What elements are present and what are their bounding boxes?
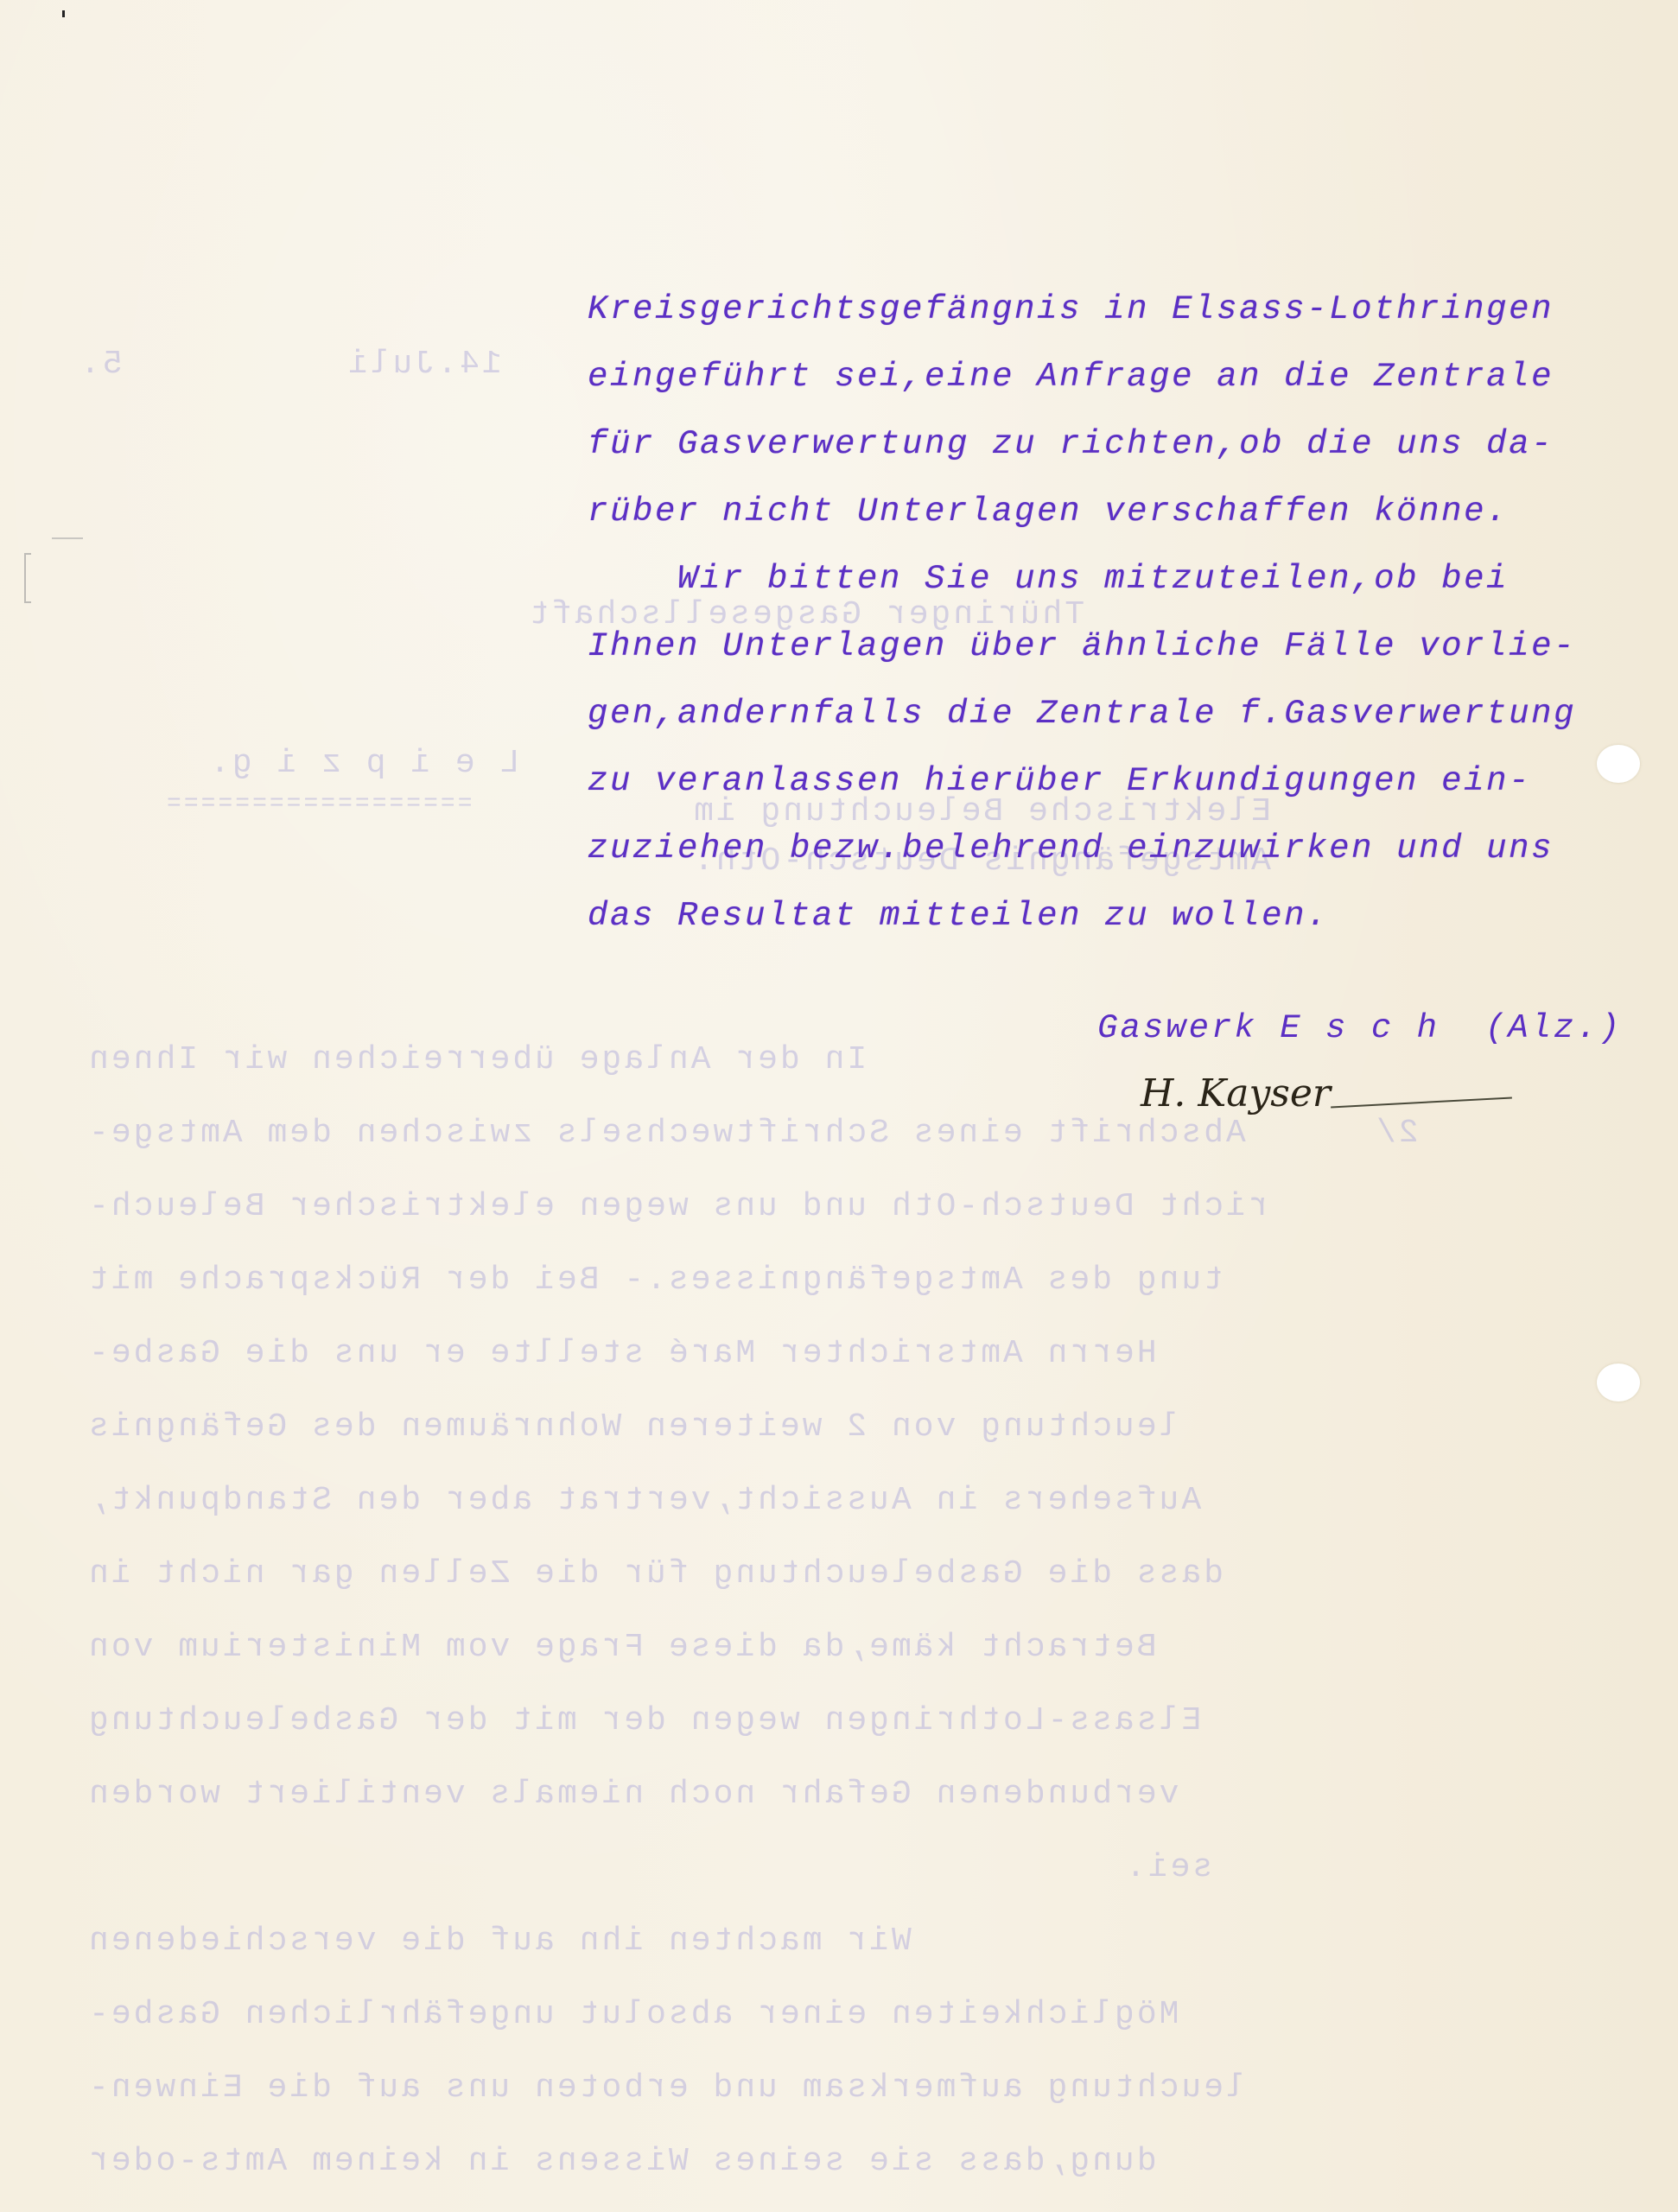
bleed-body-line: dung,dass sie seines Wissens in keinem A… (86, 2143, 1157, 2180)
letter-line: das Resultat mitteilen zu wollen. (588, 897, 1329, 935)
letter-line: Ihnen Unterlagen über ähnliche Fälle vor… (588, 627, 1576, 665)
bleed-body-line: verbundenen Gefahr noch niemals ventilie… (86, 1776, 1179, 1813)
margin-tick (52, 537, 83, 539)
punch-hole (1597, 1363, 1640, 1402)
bleed-body-line: sei. (1123, 1849, 1212, 1886)
bleed-underline: ================== (164, 791, 472, 817)
bleed-body-line: Herrn Amtsrichter Maré stellte er uns di… (86, 1335, 1157, 1372)
bleed-body-line: richt Deutsch-Oth und uns wegen elektris… (86, 1188, 1268, 1225)
letter-line: für Gasverwertung zu richten,ob die uns … (588, 425, 1554, 463)
bleed-header-number: 5. (78, 346, 123, 383)
letter-line: zuziehen bezw.belehrend einzuwirken und … (588, 829, 1554, 868)
bleed-body-line: Betracht käme,da diese Frage vom Ministe… (86, 1629, 1157, 1666)
bleed-body-line: Möglichkeiten einer absolut ungefährlich… (86, 1996, 1179, 2033)
bleed-body-line: Aufsehers in Aussicht,vertrat aber den S… (86, 1482, 1201, 1519)
handwritten-signature: H. Kayser (1141, 1071, 1331, 1116)
letter-line: rüber nicht Unterlagen verschaffen könne… (588, 493, 1509, 531)
ink-speck (62, 10, 65, 17)
bleed-body-line: Wir machten ihn auf die verschiedenen (86, 1923, 1001, 1960)
letter-line: eingeführt sei,eine Anfrage an die Zentr… (588, 358, 1554, 396)
bleed-body-line: Abschrift eines Schriftwechsels zwischen… (86, 1115, 1246, 1152)
bleed-city: L e i p z i g. (207, 745, 519, 782)
paper-page (0, 0, 1678, 2212)
letter-line: Wir bitten Sie uns mitzuteilen,ob bei (588, 560, 1509, 598)
letter-line: Kreisgerichtsgefängnis in Elsass-Lothrin… (588, 290, 1554, 328)
bleed-enclosure-mark: 2/ (1374, 1115, 1419, 1152)
letter-line: zu veranlassen hierüber Erkundigungen ei… (588, 762, 1531, 800)
bleed-body-line: leuchtung aufmerksam und erboten uns auf… (86, 2069, 1246, 2107)
bleed-body-line: tung des Amtsgefängnisses.- Bei der Rück… (86, 1262, 1224, 1299)
bleed-body-line: In der Anlage überreichen wir Ihnen (86, 1041, 867, 1078)
letter-line: gen,andernfalls die Zentrale f.Gasverwer… (588, 695, 1576, 733)
bleed-body-line: leuchtung von 2 weiteren Wohnräumen des … (86, 1408, 1179, 1446)
margin-bracket (24, 553, 31, 603)
bleed-body-line: dass die Gasbeleuchtung für die Zellen g… (86, 1555, 1224, 1592)
sender-name: Gaswerk E s c h (Alz.) (1097, 1009, 1622, 1047)
punch-hole (1597, 745, 1640, 783)
bleed-body-line: Elsass-Lothringen wegen der mit der Gasb… (86, 1702, 1201, 1739)
bleed-header-date: 14.Juli (346, 346, 502, 383)
